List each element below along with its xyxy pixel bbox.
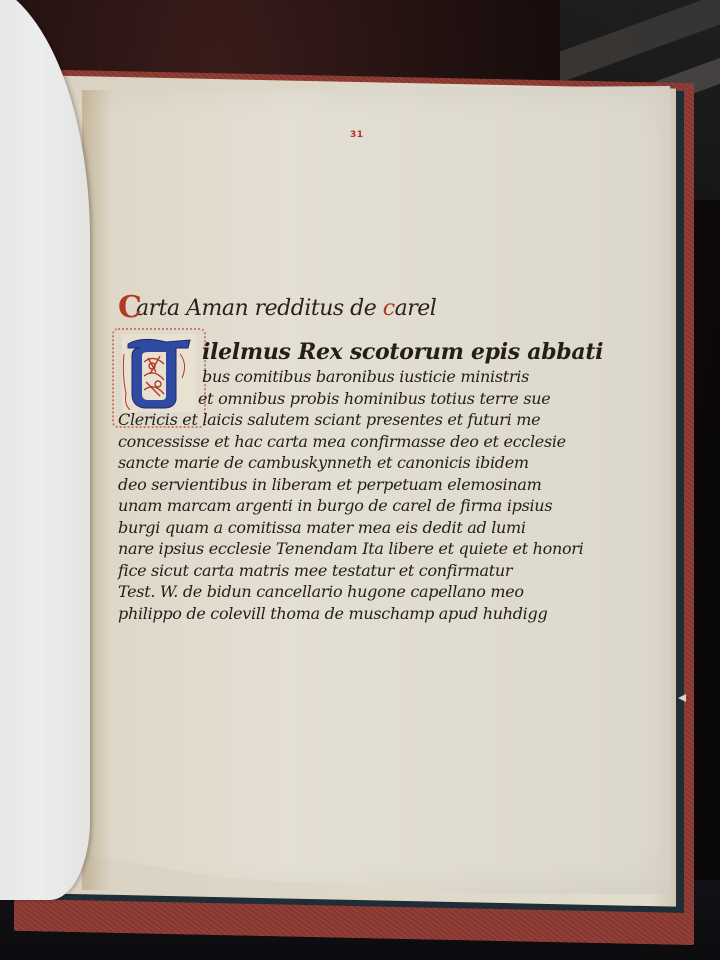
charter-line: deo servientibus in liberam et perpetuam… <box>118 474 628 496</box>
rubric-initial: C <box>118 290 141 325</box>
charter-line: burgi quam a comitissa mater mea eis ded… <box>118 517 628 539</box>
title-red-letter: c <box>383 296 395 321</box>
charter-line: et omnibus probis hominibus totius terre… <box>118 388 628 410</box>
charter-lines: ilelmus Rex scotorum epis abbati bus com… <box>118 338 628 624</box>
charter-line: bus comitibus baronibus iusticie ministr… <box>118 366 628 388</box>
charter-line: ilelmus Rex scotorum epis abbati <box>118 338 628 366</box>
charter-line: fice sicut carta matris mee testatur et … <box>118 560 628 582</box>
charter-line: unam marcam argenti in burgo de carel de… <box>118 495 628 517</box>
charter-line: Test. W. de bidun cancellario hugone cap… <box>118 581 628 603</box>
charter-line: Clericis et laicis salutem sciant presen… <box>118 409 628 431</box>
left-facing-page <box>0 0 90 900</box>
title-text-before: arta Aman redditus de <box>136 296 383 321</box>
photo-scene: 31 C arta Aman redditus de carel <box>0 0 720 960</box>
charter-text-block: C arta Aman redditus de carel <box>118 296 618 330</box>
charter-line: concessisse et hac carta mea confirmasse… <box>118 431 628 453</box>
charter-line: nare ipsius ecclesie Tenendam Ita libere… <box>118 538 628 560</box>
page-number: 31 <box>350 130 364 140</box>
charter-line: philippo de colevill thoma de muschamp a… <box>118 603 628 625</box>
charter-title: C arta Aman redditus de carel <box>118 296 618 330</box>
charter-line: sancte marie de cambuskynneth et canonic… <box>118 452 628 474</box>
title-text-after: arel <box>395 296 437 321</box>
